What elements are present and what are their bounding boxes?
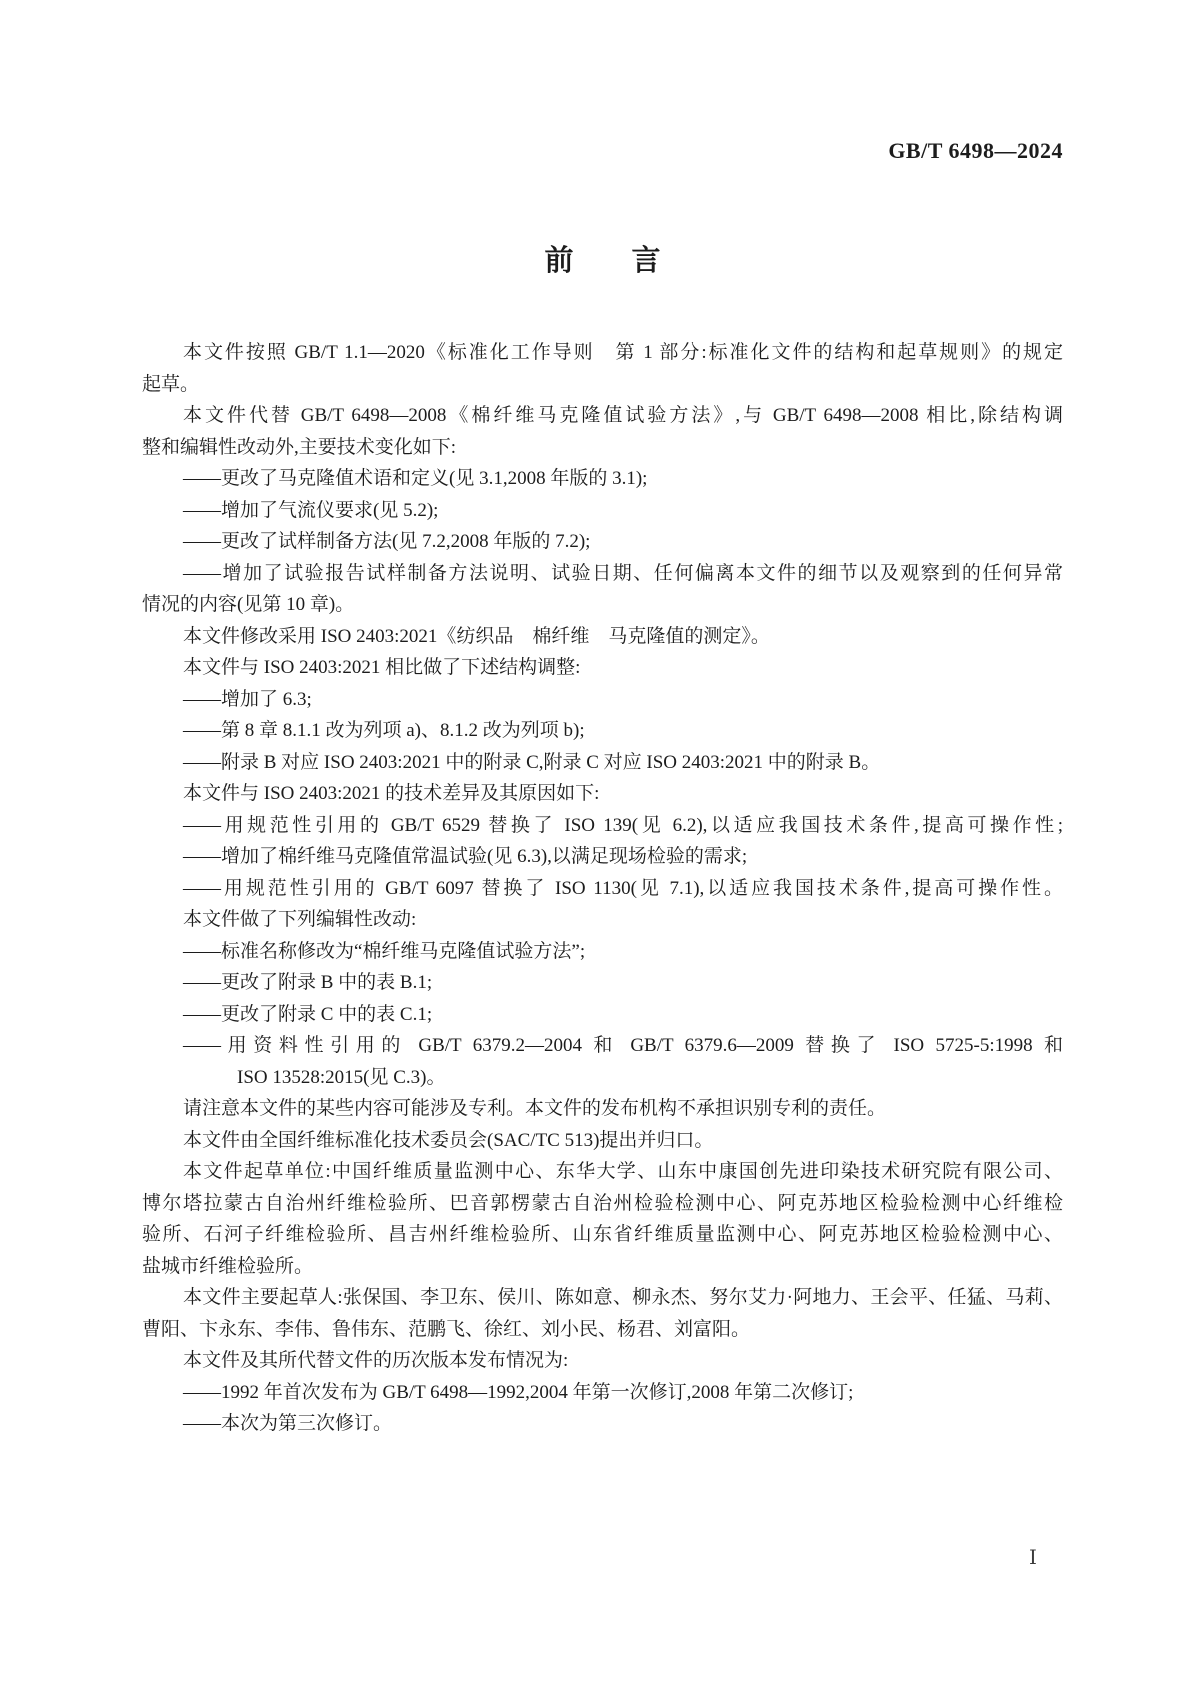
text-line: ISO 13528:2015(见 C.3)。 <box>142 1062 1063 1094</box>
text-line: ——用规范性引用的 GB/T 6529 替换了 ISO 139(见 6.2),以… <box>142 810 1063 842</box>
text-line: 本文件代替 GB/T 6498—2008《棉纤维马克隆值试验方法》,与 GB/T… <box>142 400 1063 432</box>
text-line: 情况的内容(见第 10 章)。 <box>142 589 1063 621</box>
text-line: ——本次为第三次修订。 <box>142 1408 1063 1440</box>
text-line: 本文件由全国纤维标准化技术委员会(SAC/TC 513)提出并归口。 <box>142 1125 1063 1157</box>
text-line: ——更改了马克隆值术语和定义(见 3.1,2008 年版的 3.1); <box>142 463 1063 495</box>
text-line: ——增加了棉纤维马克隆值常温试验(见 6.3),以满足现场检验的需求; <box>142 841 1063 873</box>
text-line: ——附录 B 对应 ISO 2403:2021 中的附录 C,附录 C 对应 I… <box>142 747 1063 779</box>
text-line: 本文件主要起草人:张保国、李卫东、侯川、陈如意、柳永杰、努尔艾力·阿地力、王会平… <box>142 1282 1063 1314</box>
text-line: ——标准名称修改为“棉纤维马克隆值试验方法”; <box>142 936 1063 968</box>
text-line: 本文件及其所代替文件的历次版本发布情况为: <box>142 1345 1063 1377</box>
text-line: 博尔塔拉蒙古自治州纤维检验所、巴音郭楞蒙古自治州检验检测中心、阿克苏地区检验检测… <box>142 1188 1063 1220</box>
text-line: ——更改了试样制备方法(见 7.2,2008 年版的 7.2); <box>142 526 1063 558</box>
text-line: 请注意本文件的某些内容可能涉及专利。本文件的发布机构不承担识别专利的责任。 <box>142 1093 1063 1125</box>
text-line: ——增加了气流仪要求(见 5.2); <box>142 495 1063 527</box>
text-line: 本文件与 ISO 2403:2021 相比做了下述结构调整: <box>142 652 1063 684</box>
page-number: Ⅰ <box>1023 1545 1043 1570</box>
text-line: 本文件按照 GB/T 1.1—2020《标准化工作导则 第 1 部分:标准化文件… <box>142 337 1063 369</box>
text-line: ——第 8 章 8.1.1 改为列项 a)、8.1.2 改为列项 b); <box>142 715 1063 747</box>
text-line: 盐城市纤维检验所。 <box>142 1251 1063 1283</box>
text-line: ——用规范性引用的 GB/T 6097 替换了 ISO 1130(见 7.1),… <box>142 873 1063 905</box>
text-line: ——1992 年首次发布为 GB/T 6498—1992,2004 年第一次修订… <box>142 1377 1063 1409</box>
text-line: ——更改了附录 B 中的表 B.1; <box>142 967 1063 999</box>
text-line: 起草。 <box>142 369 1063 401</box>
text-line: 本文件与 ISO 2403:2021 的技术差异及其原因如下: <box>142 778 1063 810</box>
text-line: 整和编辑性改动外,主要技术变化如下: <box>142 432 1063 464</box>
text-line: ——增加了 6.3; <box>142 684 1063 716</box>
standard-number: GB/T 6498—2024 <box>142 138 1063 164</box>
text-line: 曹阳、卞永东、李伟、鲁伟东、范鹏飞、徐红、刘小民、杨君、刘富阳。 <box>142 1314 1063 1346</box>
text-line: 本文件修改采用 ISO 2403:2021《纺织品 棉纤维 马克隆值的测定》。 <box>142 621 1063 653</box>
foreword-body: 本文件按照 GB/T 1.1—2020《标准化工作导则 第 1 部分:标准化文件… <box>142 337 1063 1440</box>
text-line: ——用资料性引用的 GB/T 6379.2—2004 和 GB/T 6379.6… <box>142 1030 1063 1062</box>
page-title: 前 言 <box>142 238 1063 279</box>
text-line: ——更改了附录 C 中的表 C.1; <box>142 999 1063 1031</box>
text-line: 验所、石河子纤维检验所、昌吉州纤维检验所、山东省纤维质量监测中心、阿克苏地区检验… <box>142 1219 1063 1251</box>
text-line: 本文件起草单位:中国纤维质量监测中心、东华大学、山东中康国创先进印染技术研究院有… <box>142 1156 1063 1188</box>
text-line: 本文件做了下列编辑性改动: <box>142 904 1063 936</box>
text-line: ——增加了试验报告试样制备方法说明、试验日期、任何偏离本文件的细节以及观察到的任… <box>142 558 1063 590</box>
document-page: GB/T 6498—2024 前 言 本文件按照 GB/T 1.1—2020《标… <box>0 0 1191 1685</box>
